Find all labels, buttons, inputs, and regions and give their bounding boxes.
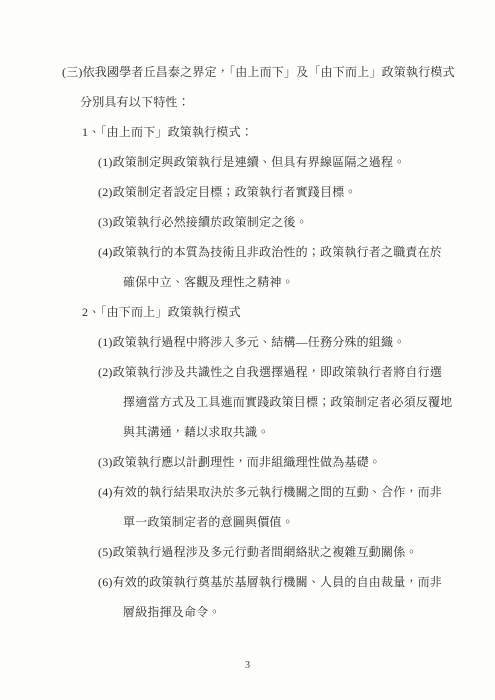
text-line-item-1-4-wrap: 確保中立、客觀及理性之精神。 — [0, 267, 495, 297]
text-line-clause-3: (三)依我國學者丘昌泰之界定，「由上而下」及「由下而上」政策執行模式 — [0, 57, 495, 87]
text-line-item-2-2: (2)政策執行涉及共識性之自我選擇過程，即政策執行者將自行選 — [0, 357, 495, 387]
document-body: (三)依我國學者丘昌泰之界定，「由上而下」及「由下而上」政策執行模式 分別具有以… — [0, 0, 495, 627]
text-line-item-2-2-wrap1: 擇適當方式及工具進而實踐政策目標；政策制定者必須反覆地 — [0, 387, 495, 417]
text-line-section-2: 2、「由下而上」政策執行模式 — [0, 297, 495, 327]
page-number: 3 — [0, 660, 495, 671]
text-line-item-2-5: (5)政策執行過程涉及多元行動者間網絡狀之複雜互動關係。 — [0, 537, 495, 567]
text-line-item-1-1: (1)政策制定與政策執行是連續、但具有界線區隔之過程。 — [0, 147, 495, 177]
text-line-clause-3-wrap: 分別具有以下特性： — [0, 87, 495, 117]
text-line-item-2-3: (3)政策執行應以計劃理性，而非組織理性做為基礎。 — [0, 447, 495, 477]
text-line-item-1-3: (3)政策執行必然接續於政策制定之後。 — [0, 207, 495, 237]
text-line-item-2-4: (4)有效的執行結果取決於多元執行機關之間的互動、合作，而非 — [0, 477, 495, 507]
text-line-item-1-4: (4)政策執行的本質為技術且非政治性的；政策執行者之職責在於 — [0, 237, 495, 267]
text-line-section-1: 1、「由上而下」政策執行模式： — [0, 117, 495, 147]
text-line-item-1-2: (2)政策制定者設定目標；政策執行者實踐目標。 — [0, 177, 495, 207]
text-line-item-2-2-wrap2: 與其溝通，藉以求取共識。 — [0, 417, 495, 447]
document-page: (三)依我國學者丘昌泰之界定，「由上而下」及「由下而上」政策執行模式 分別具有以… — [0, 0, 495, 700]
text-line-item-2-6-wrap: 層級指揮及命令。 — [0, 597, 495, 627]
text-line-item-2-6: (6)有效的政策執行奠基於基層執行機關、人員的自由裁量，而非 — [0, 567, 495, 597]
text-line-item-2-1: (1)政策執行過程中將涉入多元、結構—任務分殊的組織。 — [0, 327, 495, 357]
text-line-item-2-4-wrap: 單一政策制定者的意圖與價值。 — [0, 507, 495, 537]
